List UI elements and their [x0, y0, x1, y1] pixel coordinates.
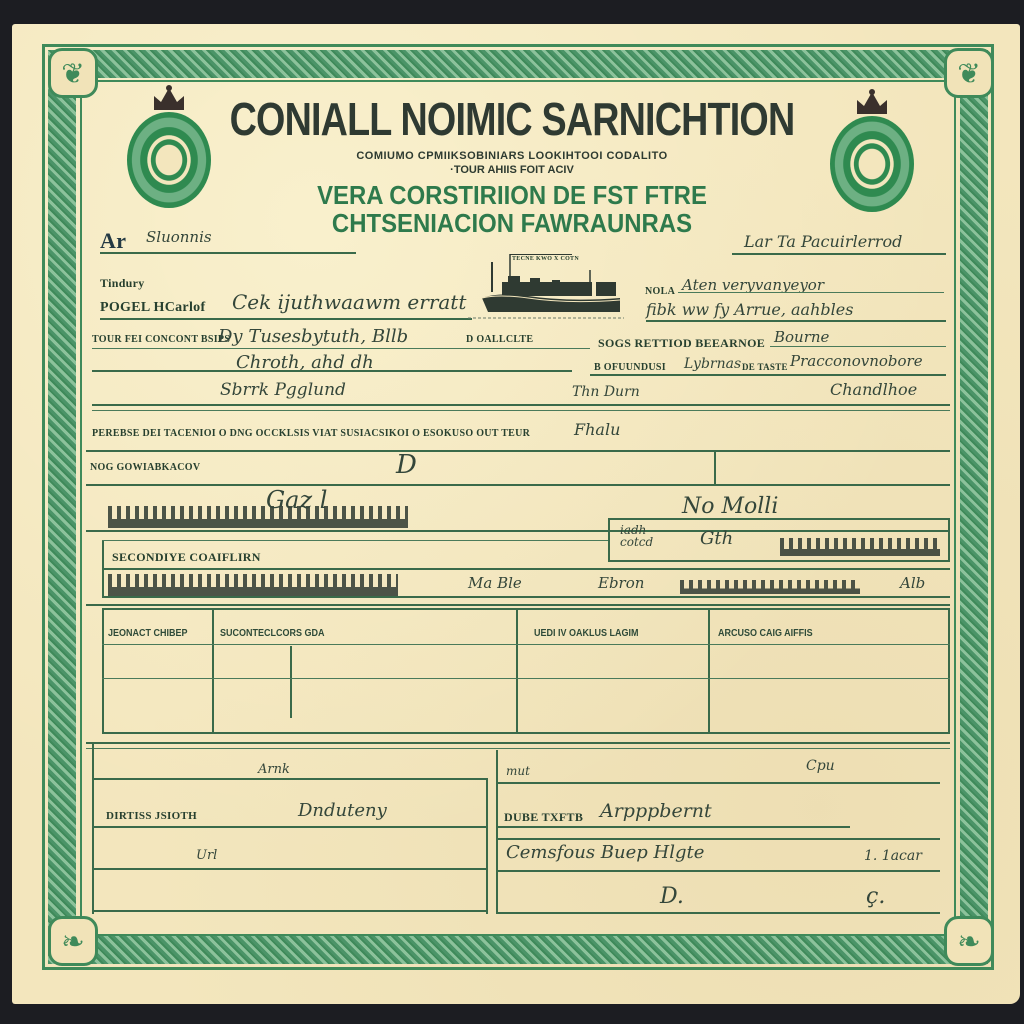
right-signature[interactable]: Arpppbernt	[600, 800, 712, 822]
ar-underline	[100, 252, 356, 254]
document-heading: VERA CORSTIRIION DE FST FTRE	[41, 180, 983, 211]
table-header: JEONACT CHIBEP	[108, 628, 188, 639]
divider	[86, 748, 950, 749]
pogel-value[interactable]: Cek ijuthwaawm erratt	[232, 290, 466, 314]
tour-suffix: D OALLCLTE	[466, 334, 533, 345]
sogs-value[interactable]: Bourne	[774, 328, 829, 346]
divider-vertical	[496, 750, 498, 914]
right-line-b[interactable]: Chandlhoe	[830, 380, 917, 399]
right-top-right[interactable]: Cpu	[806, 758, 835, 774]
nola-underline	[678, 292, 944, 293]
table-row[interactable]	[104, 682, 948, 732]
line4-value[interactable]: Sbrrk Pgglund	[220, 380, 346, 400]
document-subtitle-2: ·TOUR AHIIS FOIT ACIV	[0, 164, 1024, 176]
left-top-value[interactable]: Arnk	[258, 762, 290, 777]
small-box-label: iadh cotcd	[620, 524, 670, 548]
table-row-divider	[102, 678, 950, 679]
tour-underline	[92, 348, 590, 349]
b-suffix: DE TASTE	[742, 362, 788, 372]
skyline-value-3[interactable]: Alb	[900, 574, 925, 592]
right-signature-2[interactable]: Cemsfous Buep Hlgte	[506, 842, 704, 863]
divider	[86, 742, 950, 744]
divider-vertical	[486, 778, 488, 914]
divider	[92, 404, 950, 406]
fibk-underline	[646, 320, 946, 322]
small-box-value[interactable]: Gth	[700, 528, 733, 549]
divider	[498, 826, 850, 828]
line3-underline	[92, 370, 572, 372]
sogs-label: SOGS RETTIOD BEEARNOE	[598, 336, 765, 351]
fibk-value[interactable]: fibk ww fy Arrue, aahbles	[646, 300, 853, 319]
right-label: DUBE TXFTB	[504, 810, 583, 825]
divider	[94, 826, 486, 828]
divider	[498, 782, 940, 784]
skyline-value-1[interactable]: Ma Ble	[468, 574, 522, 592]
right-mark-2: ç.	[866, 884, 885, 909]
divider	[102, 568, 950, 570]
table-header: UEDI IV OAKLUS LAGIM	[534, 628, 639, 639]
top-right-underline	[732, 253, 946, 255]
divider	[498, 912, 940, 914]
right-line-a[interactable]: Thn Durn	[572, 384, 640, 400]
mid-value-right[interactable]: No Molli	[682, 494, 778, 519]
document-subtitle: COMIUMO CPMIIKSOBINIARS LOOKIHTOOI CODAL…	[0, 150, 1024, 162]
table-row[interactable]	[104, 648, 948, 676]
ar-label: Ar	[100, 228, 126, 254]
mid-value-left[interactable]: Gaz l	[266, 486, 327, 514]
corner-ornament-icon: ❧	[944, 916, 994, 966]
tour-label: TOUR FEI CONCONT BSIPS	[92, 334, 230, 345]
b-label: B OFUUNDUSI	[594, 362, 666, 373]
skyline-illustration-icon	[680, 580, 860, 594]
ar-value[interactable]: Sluonnis	[146, 228, 212, 246]
tour-value[interactable]: Dy Tusesbytuth, Bllb	[218, 326, 408, 347]
sogs-underline	[770, 346, 946, 347]
corner-ornament-icon: ❧	[48, 916, 98, 966]
divider	[86, 604, 950, 606]
table-header: SUCONTECLCORS GDA	[220, 628, 325, 639]
skyline-illustration-icon	[780, 538, 940, 556]
divider-vertical	[714, 450, 716, 484]
divider	[102, 540, 608, 541]
b-value[interactable]: Lybrnas	[684, 356, 741, 372]
divider	[86, 450, 950, 452]
nog-value[interactable]: D	[396, 450, 417, 480]
pereese-label: PEREBSE DEI TACENIOI O DNG OCCKLSIS VIAT…	[92, 428, 530, 439]
pereese-value[interactable]: Fhalu	[574, 420, 620, 439]
right-date[interactable]: 1. 1acar	[864, 848, 922, 864]
right-top-value[interactable]: mut	[506, 764, 530, 778]
left-bottom-value[interactable]: Url	[196, 848, 217, 863]
skyline-illustration-icon	[108, 574, 398, 596]
divider	[92, 410, 950, 411]
nog-label: NOG GOWIABKACOV	[90, 462, 200, 473]
nola-label: NOLA	[645, 286, 675, 297]
right-mark-1: D.	[660, 884, 684, 909]
pogel-label: POGEL HCarlof	[100, 300, 205, 316]
divider	[94, 778, 486, 780]
b-value-2[interactable]: Pracconovnobore	[790, 352, 923, 370]
section-label: SECONDIYE COAIFLIRN	[112, 550, 261, 565]
divider	[102, 596, 950, 598]
divider	[498, 838, 940, 840]
left-signature[interactable]: Dnduteny	[298, 800, 387, 821]
skyline-value-2[interactable]: Ebron	[598, 574, 644, 592]
divider-vertical	[92, 742, 94, 914]
left-label: DIRTISS JSIOTH	[106, 810, 197, 822]
document-title: CONIALL NOIMIC SARNICHTION	[92, 92, 932, 146]
top-right-value[interactable]: Lar Ta Pacuirlerrod	[744, 232, 902, 251]
b-underline	[590, 374, 946, 376]
divider	[86, 484, 950, 486]
table-row-divider	[102, 644, 950, 645]
skyline-illustration-icon	[108, 506, 408, 528]
table-header: ARCUSO CAIG AIFFIS	[718, 628, 813, 639]
divider	[94, 868, 486, 870]
corner-ornament-icon: ❦	[48, 48, 98, 98]
divider	[498, 870, 940, 872]
ship-illustration-icon: TECNE KWO X COTN	[468, 252, 624, 322]
pogel-underline	[100, 318, 472, 320]
corner-ornament-icon: ❦	[944, 48, 994, 98]
divider	[94, 910, 486, 912]
tindury-label: Tindury	[100, 276, 145, 291]
